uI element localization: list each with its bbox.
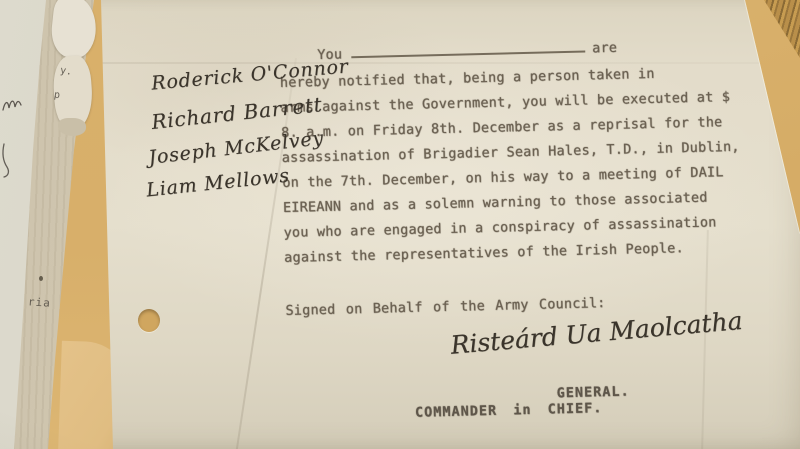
handwritten-name-2: Richard Barrett [150,92,323,134]
handwritten-name-4: Liam Mellows [145,165,290,202]
photo-of-document: y. p ria Youare hereby notified that, be… [0,0,800,449]
handwritten-name-3: Joseph McKelvey [147,127,325,169]
handwritten-name-1: Roderick O'Connor [150,55,349,94]
handwritten-names-list: Roderick O'ConnorRichard BarrettJoseph M… [0,0,800,449]
